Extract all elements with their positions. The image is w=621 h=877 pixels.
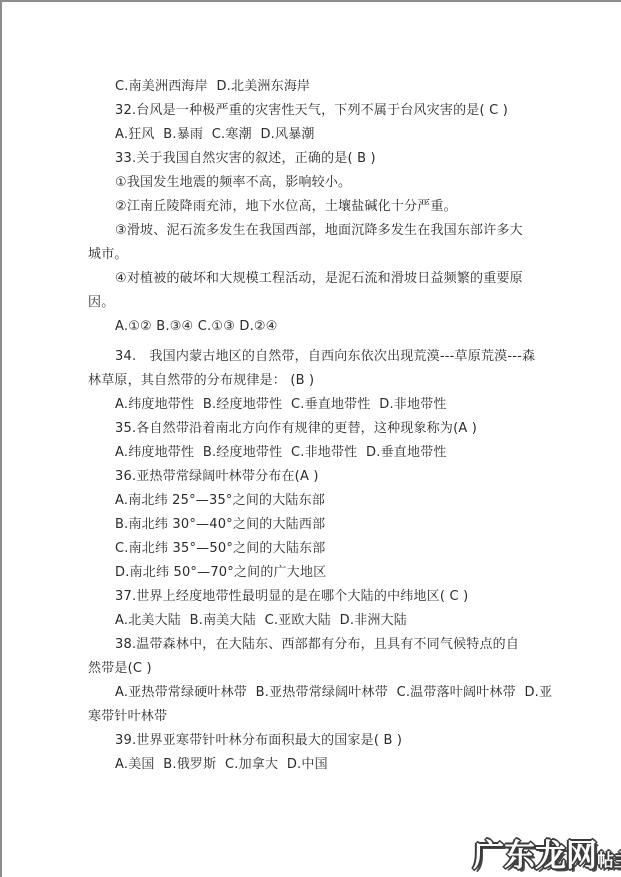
text-line: A.南北纬 25°—35°之间的大陆东部 [88,489,578,513]
text-line: D.南北纬 50°—70°之间的广大地区 [88,561,578,585]
text-line: A.狂风 B.暴雨 C.寒潮 D.风暴潮 [88,123,578,147]
text-line: 然带是(C ) [88,657,578,681]
text-line: 城市。 [88,243,578,267]
text-line: A.纬度地带性 B.经度地带性 C.垂直地带性 D.非地带性 [88,393,578,417]
watermark-suffix: 帖主 [597,851,621,871]
text-line: A.纬度地带性 B.经度地带性 C.非地带性 D.垂直地带性 [88,441,578,465]
text-line: A.①② B.③④ C.①③ D.②④ [88,315,578,339]
watermark-site-name: 广东龙网 [473,838,597,874]
text-line: B.南北纬 30°—40°之间的大陆西部 [88,513,578,537]
watermark: 广东龙网帖主 [473,830,621,875]
text-line: 36.亚热带常绿阔叶林带分布在(A ) [88,465,578,489]
text-line: 37.世界上经度地带性最明显的是在哪个大陆的中纬地区( C ) [88,585,578,609]
text-line: 因。 [88,291,578,315]
text-line: 35.各自然带沿着南北方向作有规律的更替，这种现象称为(A ) [88,417,578,441]
text-line: A.北美大陆 B.南美大陆 C.亚欧大陆 D.非洲大陆 [88,609,578,633]
text-line: 32.台风是一种极严重的灾害性天气，下列不属于台风灾害的是( C ) [88,99,578,123]
text-line: C.南北纬 35°—50°之间的大陆东部 [88,537,578,561]
text-line: 33.关于我国自然灾害的叙述，正确的是( B ) [88,147,578,171]
text-line: 38.温带森林中，在大陆东、西部都有分布，且具有不同气候特点的自 [88,633,578,657]
text-line: A.美国 B.俄罗斯 C.加拿大 D.中国 [88,753,578,777]
question-text-block: C.南美洲西海岸 D.北美洲东海岸32.台风是一种极严重的灾害性天气，下列不属于… [88,75,578,777]
text-line: 寒带针叶林带 [88,705,578,729]
document-page: C.南美洲西海岸 D.北美洲东海岸32.台风是一种极严重的灾害性天气，下列不属于… [0,0,621,877]
text-line: ②江南丘陵降雨充沛，地下水位高，土壤盐碱化十分严重。 [88,195,578,219]
text-line: 34. 我国内蒙古地区的自然带，自西向东依次出现荒漠---草原荒漠---森 [88,345,578,369]
text-line: 39.世界亚寒带针叶林分布面积最大的国家是( B ) [88,729,578,753]
text-line: ③滑坡、泥石流多发生在我国西部，地面沉降多发生在我国东部许多大 [88,219,578,243]
text-line: A.亚热带常绿硬叶林带 B.亚热带常绿阔叶林带 C.温带落叶阔叶林带 D.亚 [88,681,578,705]
text-line: C.南美洲西海岸 D.北美洲东海岸 [88,75,578,99]
text-line: ①我国发生地震的频率不高，影响较小。 [88,171,578,195]
text-line: ④对植被的破坏和大规模工程活动，是泥石流和滑坡日益频繁的重要原 [88,267,578,291]
text-line: 林草原，其自然带的分布规律是： (B ) [88,369,578,393]
